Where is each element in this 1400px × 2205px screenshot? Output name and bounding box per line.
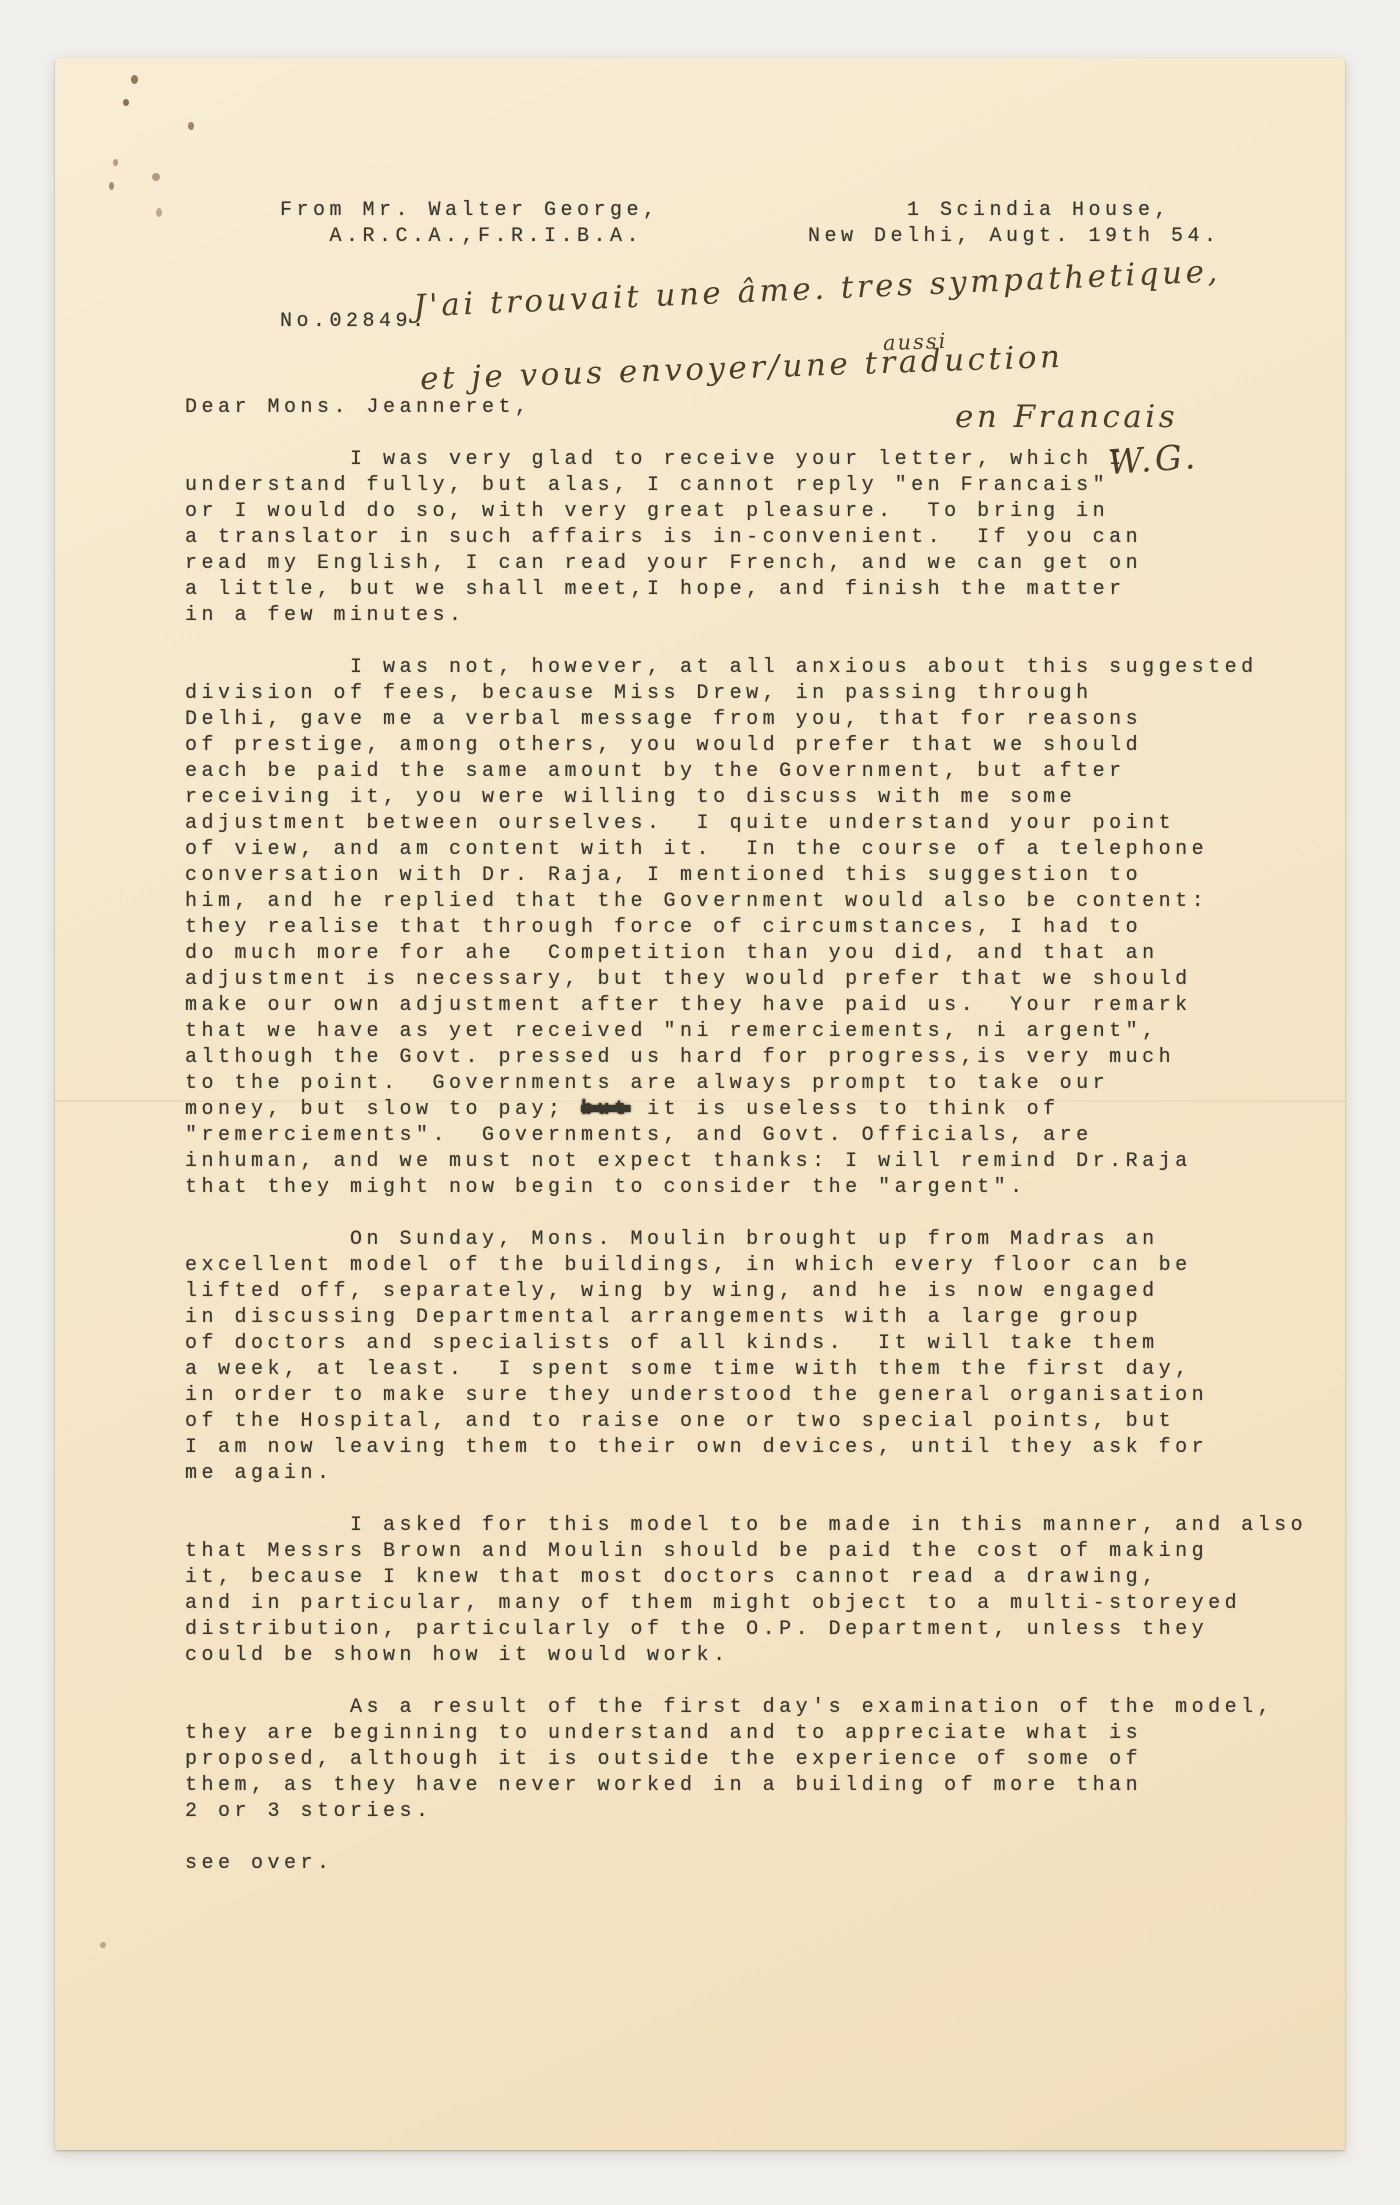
paper-stain (188, 122, 194, 130)
address-block: 1 Scindia House,New Delhi, Augt. 19th 54… (808, 198, 1221, 250)
letter-paper: From Mr. Walter George, A.R.C.A.,F.R.I.B… (55, 58, 1345, 2150)
paper-stain (156, 208, 162, 217)
address-line2: New Delhi, Augt. 19th 54. (808, 225, 1221, 248)
salutation: Dear Mons. Jeanneret, (185, 395, 1325, 421)
paper-stain (109, 182, 114, 190)
paragraph-4: I asked for this model to be made in thi… (185, 1513, 1325, 1669)
struck-out-word: but (581, 1098, 631, 1121)
handwritten-note-line1: J'ai trouvait une âme. tres sympathetiqu… (413, 253, 1222, 324)
letter-body: Dear Mons. Jeanneret, I was very glad to… (185, 395, 1325, 1903)
sender-line1: From Mr. Walter George, (280, 199, 660, 222)
paragraph-1: I was very glad to receive your letter, … (185, 447, 1325, 629)
sender-block: From Mr. Walter George, A.R.C.A.,F.R.I.B… (280, 198, 660, 250)
paragraph-3: On Sunday, Mons. Moulin brought up from … (185, 1227, 1325, 1487)
paper-stain (152, 173, 160, 181)
paper-stain (131, 75, 138, 84)
paragraph-5: As a result of the first day's examinati… (185, 1695, 1325, 1825)
paper-stain (113, 159, 118, 166)
see-over-note: see over. (185, 1851, 1325, 1877)
paragraph-2: I was not, however, at all anxious about… (185, 655, 1325, 1201)
paper-stain (123, 99, 129, 106)
address-line1: 1 Scindia House, (808, 199, 1171, 222)
scan-background: { "page": { "background": "#f0efeb", "pa… (0, 0, 1400, 2205)
paragraph-2-before-strike: I was not, however, at all anxious about… (185, 656, 1258, 1121)
reference-number: No.02849. (280, 309, 429, 335)
handwritten-note-line2: et je vous envoyer/une traduction (420, 339, 1064, 397)
sender-line2: A.R.C.A.,F.R.I.B.A. (280, 225, 643, 248)
paper-stain (100, 1942, 106, 1948)
